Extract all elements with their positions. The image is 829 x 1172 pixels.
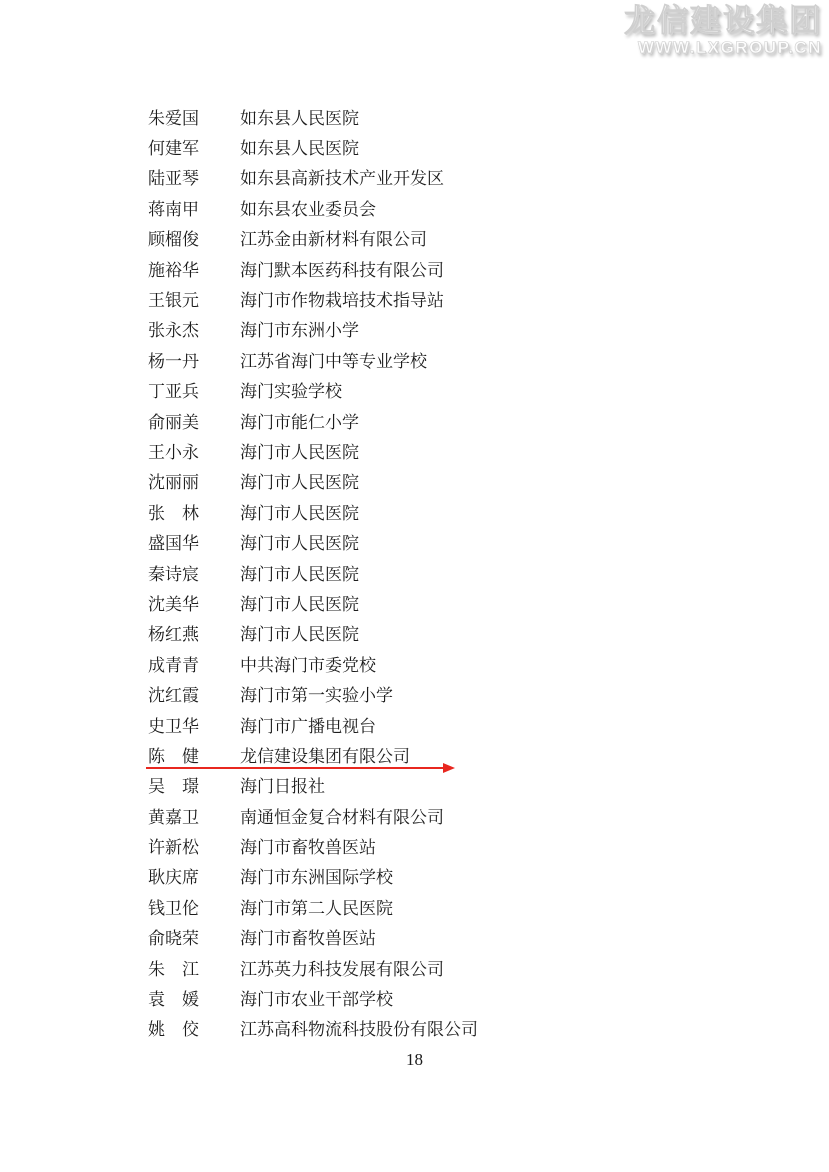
organization-name: 海门市畜牧兽医站 [240,833,376,858]
person-name: 何建军 [148,134,240,159]
person-name: 丁亚兵 [148,377,240,402]
person-name: 张永杰 [148,316,240,341]
list-item: 姚 佼 江苏高科物流科技股份有限公司 [148,1013,829,1043]
person-name: 钱卫伦 [148,894,240,919]
list-item: 张 林 海门市人民医院 [148,496,829,526]
logo-brand-text: 龙信建设集团 [624,4,822,38]
company-watermark-logo: 龙信建设集团 WWW.LXGROUP.CN [624,4,822,58]
person-name: 俞丽美 [148,408,240,433]
organization-name: 海门日报社 [240,772,325,797]
organization-name: 江苏英力科技发展有限公司 [240,955,444,980]
list-item: 杨一丹 江苏省海门中等专业学校 [148,344,829,374]
person-name: 成青青 [148,651,240,676]
person-name: 姚 佼 [148,1015,240,1040]
list-item: 盛国华 海门市人民医院 [148,526,829,556]
list-item: 杨红燕 海门市人民医院 [148,618,829,648]
person-name: 朱 江 [148,955,240,980]
list-item: 蒋南甲 如东县农业委员会 [148,192,829,222]
organization-name: 海门市东洲国际学校 [240,863,393,888]
list-item: 何建军 如东县人民医院 [148,131,829,161]
person-name: 俞晓荣 [148,924,240,949]
list-item: 成青青 中共海门市委党校 [148,648,829,678]
organization-name: 如东县人民医院 [240,134,359,159]
organization-name: 海门市人民医院 [240,560,359,585]
list-item: 沈丽丽 海门市人民医院 [148,466,829,496]
list-item: 耿庆席 海门市东洲国际学校 [148,861,829,891]
list-item: 施裕华 海门默本医药科技有限公司 [148,253,829,283]
organization-name: 海门市东洲小学 [240,316,359,341]
list-item: 陆亚琴 如东县高新技术产业开发区 [148,162,829,192]
list-item: 王小永 海门市人民医院 [148,435,829,465]
organization-name: 如东县高新技术产业开发区 [240,164,444,189]
organization-name: 中共海门市委党校 [240,651,376,676]
person-name: 张 林 [148,499,240,524]
organization-name: 龙信建设集团有限公司 [240,742,410,767]
person-name: 袁 媛 [148,985,240,1010]
list-item: 沈美华 海门市人民医院 [148,587,829,617]
person-name: 吴 璟 [148,772,240,797]
organization-name: 海门市第一实验小学 [240,681,393,706]
person-name: 沈红霞 [148,681,240,706]
organization-name: 海门市人民医院 [240,620,359,645]
organization-name: 海门市人民医院 [240,468,359,493]
organization-name: 海门默本医药科技有限公司 [240,256,444,281]
organization-name: 海门市人民医院 [240,438,359,463]
list-item: 陈 健 龙信建设集团有限公司 [148,739,829,769]
list-item: 吴 璟 海门日报社 [148,770,829,800]
person-name: 杨红燕 [148,620,240,645]
organization-name: 南通恒金复合材料有限公司 [240,803,444,828]
list-item: 俞晓荣 海门市畜牧兽医站 [148,922,829,952]
logo-url-text: WWW.LXGROUP.CN [624,38,822,58]
organization-name: 江苏省海门中等专业学校 [240,347,427,372]
person-name: 秦诗宸 [148,560,240,585]
organization-name: 海门市畜牧兽医站 [240,924,376,949]
list-item: 沈红霞 海门市第一实验小学 [148,678,829,708]
person-name: 朱爱国 [148,104,240,129]
list-item: 丁亚兵 海门实验学校 [148,375,829,405]
organization-name: 海门市能仁小学 [240,408,359,433]
organization-name: 海门市人民医院 [240,529,359,554]
organization-name: 如东县农业委员会 [240,195,376,220]
organization-name: 海门市作物栽培技术指导站 [240,286,444,311]
list-item: 王银元 海门市作物栽培技术指导站 [148,283,829,313]
person-name: 王小永 [148,438,240,463]
organization-name: 如东县人民医院 [240,104,359,129]
person-name: 顾榴俊 [148,225,240,250]
list-item: 许新松 海门市畜牧兽医站 [148,830,829,860]
person-name: 盛国华 [148,529,240,554]
list-item: 史卫华 海门市广播电视台 [148,709,829,739]
person-name: 陆亚琴 [148,164,240,189]
list-item: 秦诗宸 海门市人民医院 [148,557,829,587]
list-item: 黄嘉卫 南通恒金复合材料有限公司 [148,800,829,830]
list-item: 朱爱国 如东县人民医院 [148,101,829,131]
person-name: 黄嘉卫 [148,803,240,828]
organization-name: 江苏金由新材料有限公司 [240,225,427,250]
organization-name: 海门实验学校 [240,377,342,402]
list-item: 张永杰 海门市东洲小学 [148,314,829,344]
organization-name: 海门市人民医院 [240,499,359,524]
person-name: 沈丽丽 [148,468,240,493]
person-name: 陈 健 [148,742,240,767]
list-item: 俞丽美 海门市能仁小学 [148,405,829,435]
organization-name: 海门市广播电视台 [240,712,376,737]
organization-name: 海门市人民医院 [240,590,359,615]
person-name: 沈美华 [148,590,240,615]
page-number: 18 [0,1050,829,1070]
organization-name: 海门市农业干部学校 [240,985,393,1010]
person-name: 许新松 [148,833,240,858]
person-name: 耿庆席 [148,863,240,888]
person-name: 王银元 [148,286,240,311]
list-item: 袁 媛 海门市农业干部学校 [148,982,829,1012]
organization-name: 江苏高科物流科技股份有限公司 [240,1015,478,1040]
personnel-roster-list: 朱爱国 如东县人民医院 何建军 如东县人民医院 陆亚琴 如东县高新技术产业开发区… [148,101,829,1043]
organization-name: 海门市第二人民医院 [240,894,393,919]
list-item: 钱卫伦 海门市第二人民医院 [148,891,829,921]
person-name: 施裕华 [148,256,240,281]
list-item: 朱 江 江苏英力科技发展有限公司 [148,952,829,982]
document-page: 龙信建设集团 WWW.LXGROUP.CN 朱爱国 如东县人民医院 何建军 如东… [0,0,829,1172]
person-name: 史卫华 [148,712,240,737]
person-name: 蒋南甲 [148,195,240,220]
list-item: 顾榴俊 江苏金由新材料有限公司 [148,223,829,253]
person-name: 杨一丹 [148,347,240,372]
